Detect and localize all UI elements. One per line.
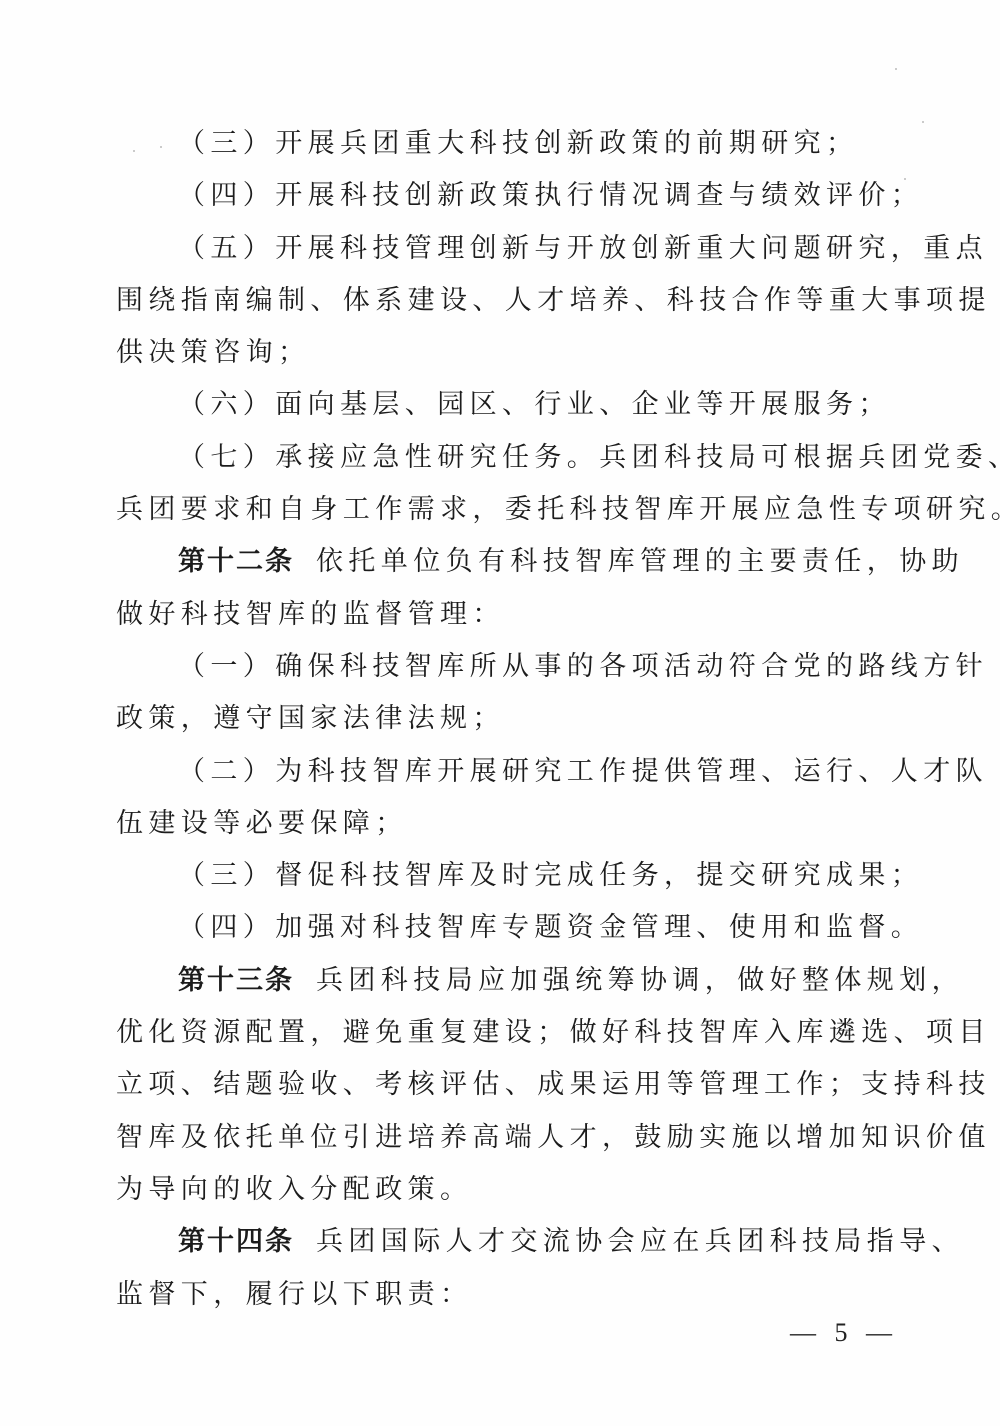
paragraph-line: 优化资源配置，避免重复建设；做好科技智库入库遴选、项目 <box>116 1007 888 1059</box>
scan-speck <box>895 68 897 70</box>
paragraph-line: 为导向的收入分配政策。 <box>116 1164 888 1216</box>
paragraph-line: （一）确保科技智库所从事的各项活动符合党的路线方针 <box>116 641 888 693</box>
article-12-line: 第十二条依托单位负有科技智库管理的主要责任，协助 <box>116 536 888 588</box>
paragraph-line: （三）开展兵团重大科技创新政策的前期研究； <box>116 118 888 170</box>
paragraph-line: （四）加强对科技智库专题资金管理、使用和监督。 <box>116 902 888 954</box>
article-13-line: 第十三条兵团科技局应加强统筹协调，做好整体规划， <box>116 955 888 1007</box>
document-body: （三）开展兵团重大科技创新政策的前期研究； （四）开展科技创新政策执行情况调查与… <box>116 118 888 1321</box>
paragraph-line: （五）开展科技管理创新与开放创新重大问题研究，重点 <box>116 223 888 275</box>
paragraph-line: （二）为科技智库开展研究工作提供管理、运行、人才队 <box>116 746 888 798</box>
paragraph-line: （四）开展科技创新政策执行情况调查与绩效评价； <box>116 170 888 222</box>
paragraph-line: 做好科技智库的监督管理： <box>116 589 888 641</box>
paragraph-line: （三）督促科技智库及时完成任务，提交研究成果； <box>116 850 888 902</box>
paragraph-line: 智库及依托单位引进培养高端人才，鼓励实施以增加知识价值 <box>116 1112 888 1164</box>
paragraph-line: 监督下，履行以下职责： <box>116 1269 888 1321</box>
paragraph-line: 兵团要求和自身工作需求，委托科技智库开展应急性专项研究。 <box>116 484 888 536</box>
paragraph-line: 供决策咨询； <box>116 327 888 379</box>
paragraph-line: 政策，遵守国家法律法规； <box>116 693 888 745</box>
article-heading: 第十二条 <box>178 546 294 577</box>
paragraph-line: 伍建设等必要保障； <box>116 798 888 850</box>
scan-speck <box>922 121 924 123</box>
document-page: （三）开展兵团重大科技创新政策的前期研究； （四）开展科技创新政策执行情况调查与… <box>0 0 1000 1426</box>
article-heading: 第十四条 <box>178 1226 294 1257</box>
page-number: — 5 — <box>790 1318 898 1348</box>
article-heading: 第十三条 <box>178 965 294 996</box>
paragraph-line: 立项、结题验收、考核评估、成果运用等管理工作；支持科技 <box>116 1059 888 1111</box>
paragraph-line: （六）面向基层、园区、行业、企业等开展服务； <box>116 379 888 431</box>
paragraph-line: 围绕指南编制、体系建设、人才培养、科技合作等重大事项提 <box>116 275 888 327</box>
article-14-line: 第十四条兵团国际人才交流协会应在兵团科技局指导、 <box>116 1216 888 1268</box>
paragraph-line: （七）承接应急性研究任务。兵团科技局可根据兵团党委、 <box>116 432 888 484</box>
